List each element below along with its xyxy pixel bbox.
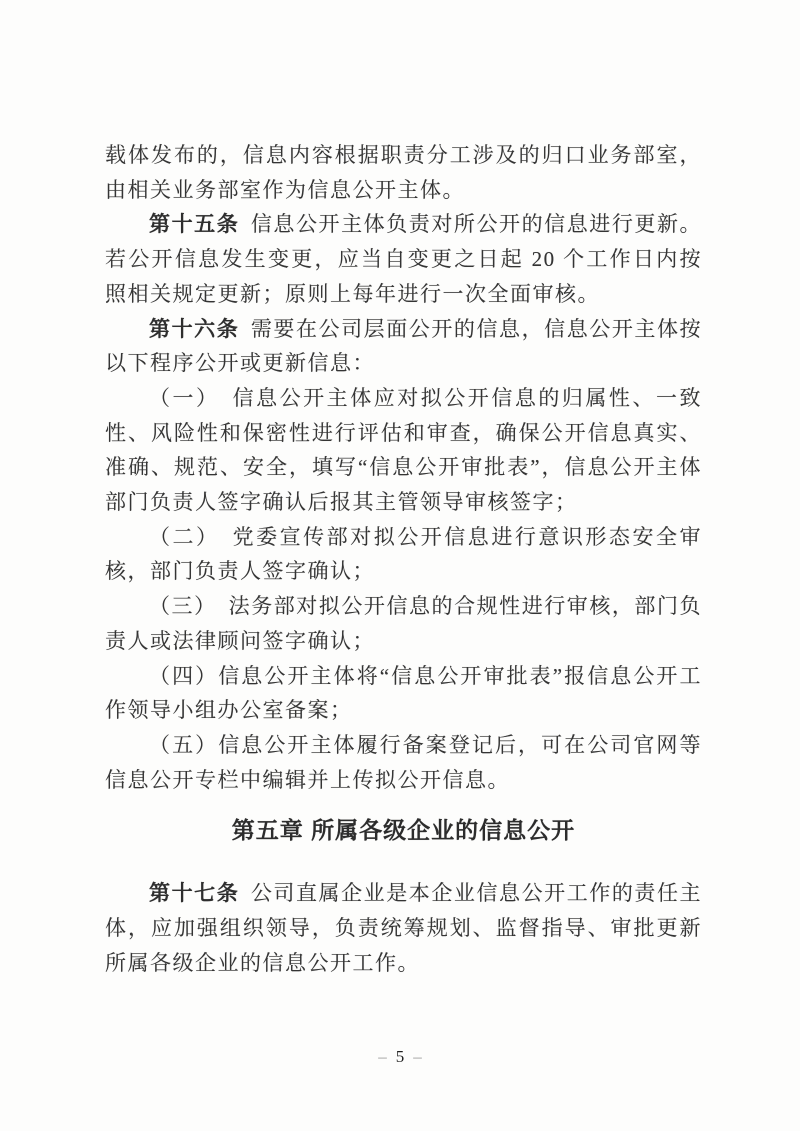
list-item-5: （五）信息公开主体履行备案登记后，可在公司官网等信息公开专栏中编辑并上传拟公开信…: [105, 728, 702, 797]
chapter-heading: 第五章 所属各级企业的信息公开: [105, 813, 702, 848]
page-number: 5: [396, 1047, 405, 1066]
page-footer: –5–: [0, 1044, 800, 1070]
article-17-label: 第十七条: [149, 881, 239, 905]
paragraph-continuation: 载体发布的，信息内容根据职责分工涉及的归口业务部室，由相关业务部室作为信息公开主…: [105, 138, 702, 207]
article-16-label: 第十六条: [149, 317, 239, 341]
footer-dash-left: –: [378, 1047, 387, 1066]
paragraph-article-15: 第十五条信息公开主体负责对所公开的信息进行更新。若公开信息发生变更，应当自变更之…: [105, 207, 702, 311]
footer-dash-right: –: [413, 1047, 422, 1066]
article-15-label: 第十五条: [149, 212, 239, 236]
paragraph-article-17: 第十七条公司直属企业是本企业信息公开工作的责任主体，应加强组织领导，负责统筹规划…: [105, 876, 702, 980]
scanned-document-page: 载体发布的，信息内容根据职责分工涉及的归口业务部室，由相关业务部室作为信息公开主…: [0, 0, 800, 1131]
document-body: 载体发布的，信息内容根据职责分工涉及的归口业务部室，由相关业务部室作为信息公开主…: [105, 138, 702, 980]
list-item-1: （一） 信息公开主体应对拟公开信息的归属性、一致性、风险性和保密性进行评估和审查…: [105, 381, 702, 520]
list-item-3: （三） 法务部对拟公开信息的合规性进行审核，部门负责人或法律顾问签字确认；: [105, 589, 702, 658]
paragraph-article-16: 第十六条需要在公司层面公开的信息，信息公开主体按以下程序公开或更新信息：: [105, 312, 702, 381]
list-item-4: （四）信息公开主体将“信息公开审批表”报信息公开工作领导小组办公室备案；: [105, 659, 702, 728]
list-item-2: （二） 党委宣传部对拟公开信息进行意识形态安全审核，部门负责人签字确认；: [105, 520, 702, 589]
